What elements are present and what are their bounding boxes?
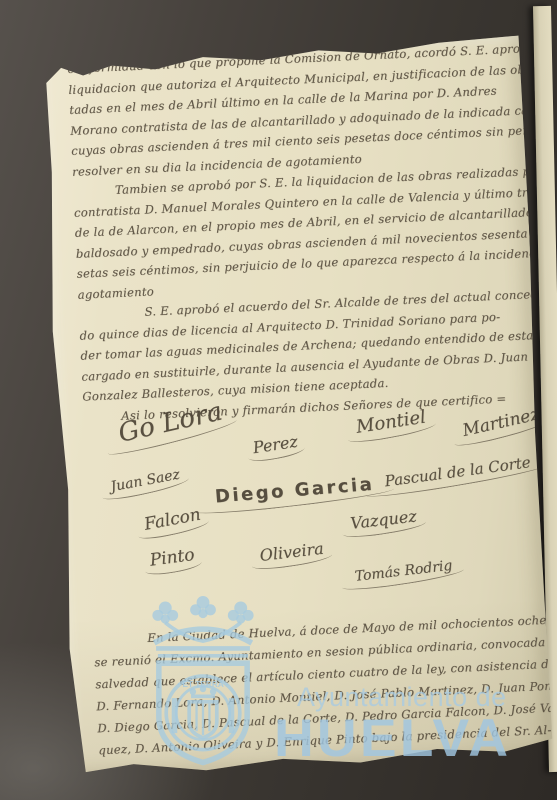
signature: Diego Garcia [214,474,375,508]
signature: Perez [252,432,299,458]
signature: Oliveira [259,539,325,565]
signature: Pinto [149,545,196,571]
manuscript-page: conformidad con lo que propone la Comisi… [39,35,553,778]
signature: Tomás Rodrig [354,558,453,585]
signature: Pascual de la Corte [384,453,532,490]
scanned-document-canvas: conformidad con lo que propone la Comisi… [0,0,557,800]
closing-paragraph: En la Ciudad de Huelva, á doce de Mayo d… [93,609,549,761]
signature: Vazquez [349,506,417,533]
signature: Falcon [143,505,203,535]
signature: Juan Saez [109,467,181,496]
manuscript-text: conformidad con lo que propone la Comisi… [67,39,531,428]
